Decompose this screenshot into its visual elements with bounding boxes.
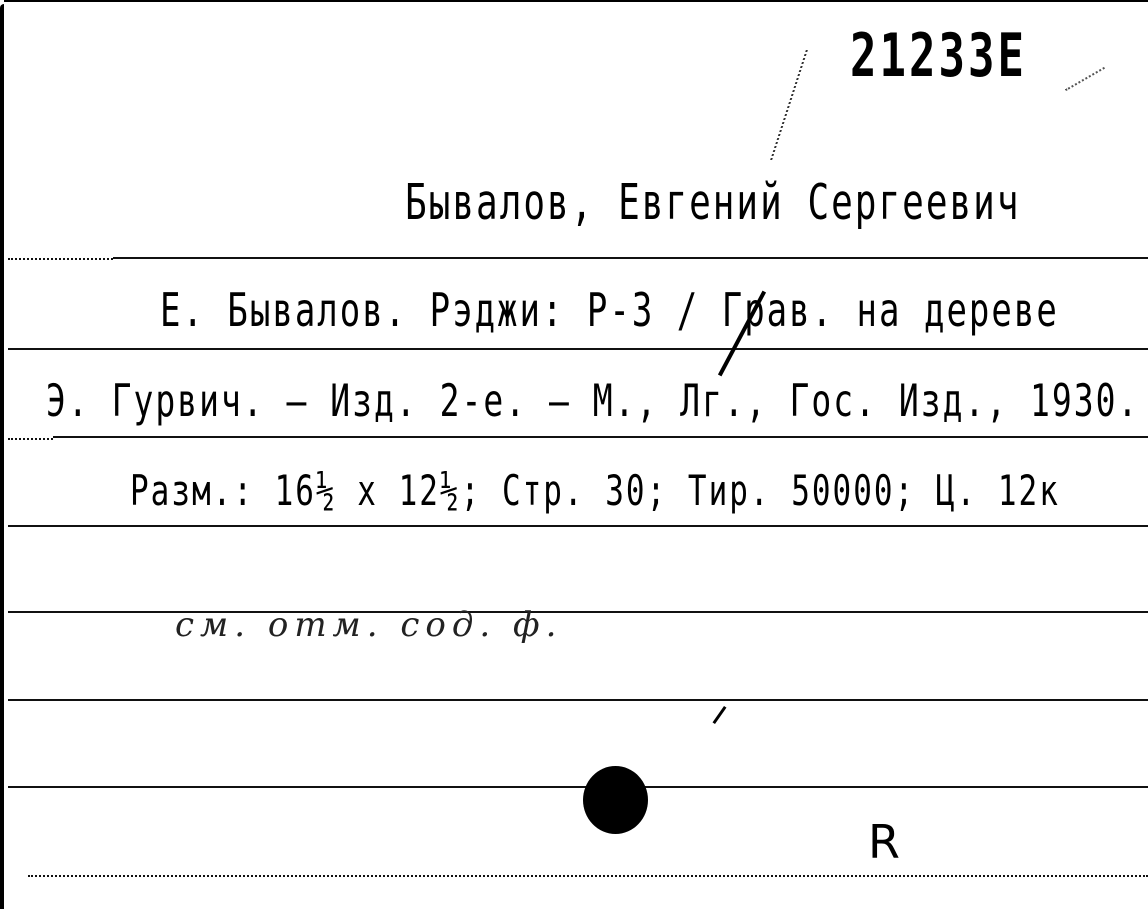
rule-4 <box>8 525 1148 527</box>
collation-statement: Разм.: 16½ x 12½; Стр. 30; Тир. 50000; Ц… <box>130 467 1060 516</box>
card-top-edge <box>4 0 1148 2</box>
rule-1 <box>113 257 1148 259</box>
corner-mark: R <box>868 815 900 869</box>
author-heading: Бывалов, Евгений Сергеевич <box>405 176 1021 231</box>
catalog-card: 21233Е Бывалов, Евгений Сергеевич Е. Быв… <box>0 0 1148 909</box>
handwritten-note: см. отм. сод. ф. <box>175 605 562 645</box>
call-number: 21233Е <box>850 22 1027 91</box>
rule-dotted-1 <box>8 258 113 260</box>
rule-7 <box>8 786 1148 788</box>
imprint-statement: Э. Гурвич. — Изд. 2-е. — М., Лг., Гос. И… <box>46 374 1148 427</box>
check-mark-right <box>1050 41 1105 91</box>
rule-3 <box>53 436 1148 438</box>
card-left-edge <box>0 4 4 909</box>
rule-dotted-bottom <box>28 875 1148 877</box>
pencil-tick <box>713 706 727 724</box>
rule-dotted-3 <box>8 438 53 440</box>
check-mark-left <box>770 50 848 160</box>
rule-2 <box>8 348 1148 350</box>
rule-6 <box>8 699 1148 701</box>
punch-hole <box>583 766 648 834</box>
title-statement: Е. Бывалов. Рэджи: Р-3 / Грав. на дереве <box>160 284 1059 338</box>
